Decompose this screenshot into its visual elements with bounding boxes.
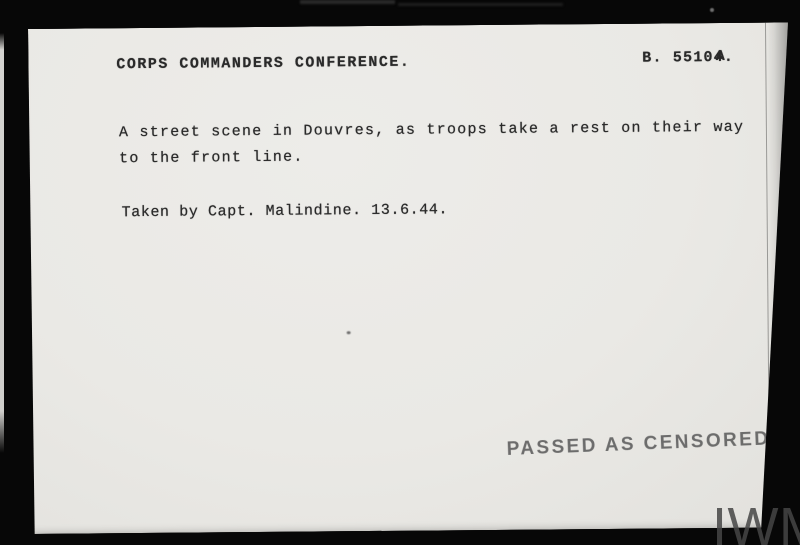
caption-card: CORPS COMMANDERS CONFERENCE. B. 55104A. … xyxy=(28,22,792,534)
card-title: CORPS COMMANDERS CONFERENCE. xyxy=(116,54,410,74)
overstrike-top-char: A xyxy=(716,48,726,65)
photo-reference: B. 55104A. xyxy=(642,49,734,67)
photo-reference-prefix: B. 5510 xyxy=(642,49,714,67)
iwm-watermark: IWM xyxy=(712,507,800,545)
photo-caption: A street scene in Douvres, as troops tak… xyxy=(119,115,745,172)
photographer-credit: Taken by Capt. Malindine. 13.6.44. xyxy=(122,201,449,221)
scanner-streak xyxy=(300,0,395,4)
caption-line: to the front line. xyxy=(119,141,745,172)
caption-line: A street scene in Douvres, as troops tak… xyxy=(119,115,745,146)
scanned-photo-caption-scene: CORPS COMMANDERS CONFERENCE. B. 55104A. … xyxy=(0,0,800,545)
censor-stamp: PASSED AS CENSORED xyxy=(506,428,771,461)
dust-speck xyxy=(347,331,351,334)
film-edge-strip xyxy=(0,33,4,453)
photo-reference-overstrike: 4A xyxy=(714,49,724,66)
dust-speck xyxy=(710,8,714,12)
scanner-streak xyxy=(398,3,563,6)
